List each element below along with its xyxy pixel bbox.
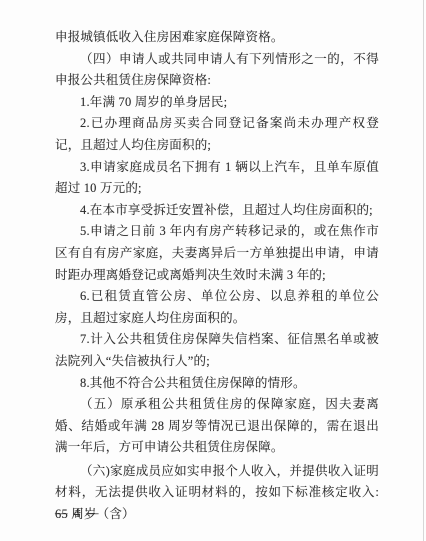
paragraph-continuation: 申报城镇低收入住房困难家庭保障资格。 bbox=[55, 27, 379, 49]
paragraph-item-5: （五）原承租公共租赁住房的保障家庭，因夫妻离婚、结婚或年满 28 周岁等情况已退… bbox=[55, 394, 379, 459]
paragraph-item-4: （四）申请人或共同申请人有下列情形之一的，不得申报公共租赁住房保障资格: bbox=[55, 49, 379, 92]
document-body: 申报城镇低收入住房困难家庭保障资格。 （四）申请人或共同申请人有下列情形之一的，… bbox=[55, 27, 379, 526]
scan-edge-line bbox=[423, 0, 424, 541]
paragraph-sub-3: 3.申请家庭成员名下拥有 1 辆以上汽车，且单车原值超过 10 万元的; bbox=[55, 157, 379, 200]
paragraph-sub-2: 2.已办理商品房买卖合同登记备案尚未办理产权登记，且超过人均住房面积的; bbox=[55, 113, 379, 156]
paragraph-sub-4: 4.在本市享受拆迁安置补偿，且超过人均住房面积的; bbox=[55, 200, 379, 222]
paragraph-item-6: （六)家庭成员应如实申报个人收入，并提供收入证明材料，无法提供收入证明材料的，按… bbox=[55, 461, 379, 526]
page-number: — 4 — bbox=[55, 506, 100, 521]
scanned-document-page: 申报城镇低收入住房困难家庭保障资格。 （四）申请人或共同申请人有下列情形之一的，… bbox=[0, 0, 426, 541]
paragraph-sub-5: 5.申请之日前 3 年内有房产转移记录的，或在焦作市区有自有房产家庭，夫妻离异后… bbox=[55, 221, 379, 286]
paragraph-sub-7: 7.计入公共租赁住房保障失信档案、征信黑名单或被法院列入“失信被执行人”的; bbox=[55, 329, 379, 372]
paragraph-sub-8: 8.其他不符合公共租赁住房保障的情形。 bbox=[55, 373, 379, 395]
paragraph-sub-1: 1.年满 70 周岁的单身居民; bbox=[55, 92, 379, 114]
paragraph-sub-6: 6.已租赁直管公房、单位公房、以息养租的单位公房，且超过家庭人均住房面积的。 bbox=[55, 286, 379, 329]
